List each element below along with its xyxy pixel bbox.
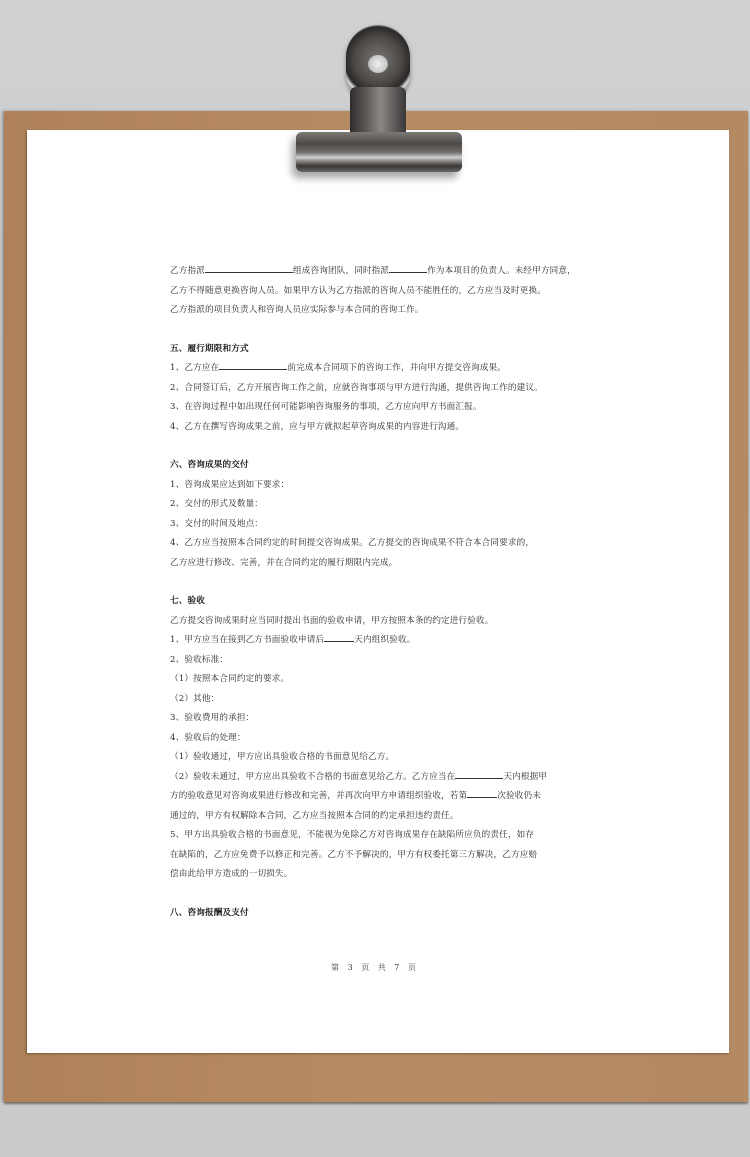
section-7-item-4-sub-2-line-2: 方的验收意见对咨询成果进行修改和完善，并再次向甲方申请组织验收，若第次验收仍未 [170,787,590,807]
section-6-heading: 六、咨询成果的交付 [170,456,590,476]
section-7-item-5-line-3: 偿由此给甲方造成的一切损失。 [170,865,590,885]
section-7-item-4-sub-2-line-3: 通过的，甲方有权解除本合同，乙方应当按照本合同的约定承担违约责任。 [170,807,590,827]
fill-blank [219,359,287,370]
section-7-heading: 七、验收 [170,592,590,612]
fill-blank [389,262,427,273]
section-6-item-2: 2、交付的形式及数量： [170,495,590,515]
text: 天内组织验收。 [354,635,415,645]
section-6-item-3: 3、交付的时间及地点： [170,515,590,535]
text: 作为本项目的负责人。未经甲方同意， [427,266,576,276]
section-7-item-4: 4、验收后的处理： [170,729,590,749]
binder-clip-icon [280,25,470,175]
section-5-item-4: 4、乙方在撰写咨询成果之前，应与甲方就拟起草咨询成果的内容进行沟通。 [170,418,590,438]
section-6-item-4-line-1: 4、乙方应当按照本合同约定的时间提交咨询成果。乙方提交的咨询成果不符合本合同要求… [170,534,590,554]
section-5-item-3: 3、在咨询过程中如出现任何可能影响咨询服务的事项，乙方应向甲方书面汇报。 [170,398,590,418]
intro-line-1: 乙方指派组成咨询团队，同时指派作为本项目的负责人。未经甲方同意， [170,262,590,282]
text: 组成咨询团队，同时指派 [293,266,389,276]
text: 天内根据甲 [503,772,547,782]
intro-line-3: 乙方指派的项目负责人和咨询人员应实际参与本合同的咨询工作。 [170,301,590,321]
section-7-intro: 乙方提交咨询成果时应当同时提出书面的验收申请，甲方按照本条的约定进行验收。 [170,612,590,632]
page-number-footer: 第 3 页 共 7 页 [0,962,750,973]
section-6-item-4-line-2: 乙方应进行修改、完善，并在合同约定的履行期限内完成。 [170,554,590,574]
clip-bar [296,132,462,172]
text: 次验收仍未 [497,791,541,801]
text: 1、乙方应在 [170,363,219,373]
fill-blank [324,631,354,642]
section-6-item-1: 1、咨询成果应达到如下要求： [170,476,590,496]
text: 方的验收意见对咨询成果进行修改和完善，并再次向甲方申请组织验收，若第 [170,791,467,801]
section-5-item-1: 1、乙方应在前完成本合同项下的咨询工作，并向甲方提交咨询成果。 [170,359,590,379]
clip-hole [368,55,388,73]
section-7-item-5-line-2: 在缺陷的，乙方应免费予以修正和完善。乙方不予解决的，甲方有权委托第三方解决，乙方… [170,846,590,866]
section-7-item-4-sub-1: （1）验收通过，甲方应出具验收合格的书面意见给乙方。 [170,748,590,768]
intro-line-2: 乙方不得随意更换咨询人员。如果甲方认为乙方指派的咨询人员不能胜任的，乙方应当及时… [170,282,590,302]
text: 前完成本合同项下的咨询工作，并向甲方提交咨询成果。 [287,363,506,373]
fill-blank [205,262,293,273]
section-7-item-1: 1、甲方应当在接到乙方书面验收申请后天内组织验收。 [170,631,590,651]
section-7-item-2-sub-2: （2）其他： [170,690,590,710]
section-8-heading: 八、咨询报酬及支付 [170,904,590,924]
text: 乙方指派 [170,266,205,276]
text: 1、甲方应当在接到乙方书面验收申请后 [170,635,324,645]
fill-blank [455,768,503,779]
section-7-item-3: 3、验收费用的承担： [170,709,590,729]
section-7-item-5-line-1: 5、甲方出具验收合格的书面意见，不能视为免除乙方对咨询成果存在缺陷所应负的责任，… [170,826,590,846]
section-7-item-2: 2、验收标准： [170,651,590,671]
document-body: 乙方指派组成咨询团队，同时指派作为本项目的负责人。未经甲方同意， 乙方不得随意更… [170,262,590,923]
section-5-heading: 五、履行期限和方式 [170,340,590,360]
section-7-item-4-sub-2-line-1: （2）验收未通过，甲方应出具验收不合格的书面意见给乙方。乙方应当在天内根据甲 [170,768,590,788]
text: （2）验收未通过，甲方应出具验收不合格的书面意见给乙方。乙方应当在 [170,772,455,782]
section-7-item-2-sub-1: （1）按照本合同约定的要求。 [170,670,590,690]
fill-blank [467,787,497,798]
section-5-item-2: 2、合同签订后，乙方开展咨询工作之前，应就咨询事项与甲方进行沟通，提供咨询工作的… [170,379,590,399]
